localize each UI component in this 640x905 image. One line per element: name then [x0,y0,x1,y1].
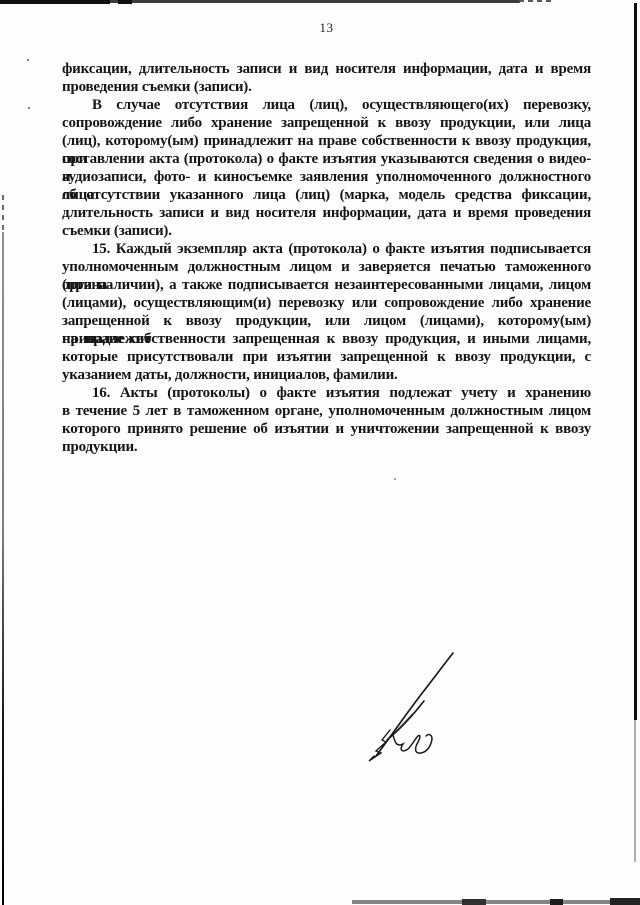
text-line: уполномоченным должностным лицом и завер… [62,258,591,276]
paragraph: фиксации, длительность записи и вид носи… [62,60,591,96]
paragraph: 16. Акты (протоколы) о факте изъятия под… [62,384,591,456]
scan-edge-right [634,3,637,720]
text-line: на праве собственности запрещенная к вво… [62,330,591,348]
scan-speck [27,59,29,61]
text-line: продукции. [62,438,591,456]
text-line: съемки (записи). [62,222,591,240]
scan-edge-left-dashes [2,195,4,232]
text-line: В случае отсутствия лица (лиц), осуществ… [62,96,591,114]
text-line: которые присутствовали при изъятии запре… [62,348,591,366]
scan-edge-right-lower [634,720,636,862]
text-line: (лиц), которому(ым) принадлежит на праве… [62,132,591,150]
scan-edge-bottom-dark-2 [550,899,563,905]
signature-svg [360,640,470,780]
text-line: об отсутствии указанного лица (лиц) (мар… [62,186,591,204]
scan-edge-top-dashes [519,0,551,2]
text-line: составлении акта (протокола) о факте изъ… [62,150,591,168]
scan-speck [28,107,30,109]
paragraph: 15. Каждый экземпляр акта (протокола) о … [62,240,591,384]
page-number: 13 [62,20,591,36]
text-line: длительность записи и вид носителя инфор… [62,204,591,222]
text-line: 16. Акты (протоколы) о факте изъятия под… [62,384,591,402]
scan-edge-top-blob [118,0,132,4]
scan-speck [394,478,396,480]
paragraph: В случае отсутствия лица (лиц), осуществ… [62,96,591,240]
text-line: (лицами), осуществляющим(и) перевозку ил… [62,294,591,312]
scan-edge-bottom-dark-3 [610,898,640,905]
text-line: сопровождение либо хранение запрещенной … [62,114,591,132]
scan-edge-top-thick [0,0,110,4]
text-line: указанием даты, должности, инициалов, фа… [62,366,591,384]
text-line: аудиозаписи, фото- и киносъемке заявлени… [62,168,591,186]
text-line: проведения съемки (записи). [62,78,591,96]
text-line: фиксации, длительность записи и вид носи… [62,60,591,78]
text-block: фиксации, длительность записи и вид носи… [62,60,591,456]
text-line: запрещенной к ввозу продукции, или лицом… [62,312,591,330]
text-line: в течение 5 лет в таможенном органе, упо… [62,402,591,420]
scan-edge-bottom-dark-1 [462,899,486,905]
scan-edge-left [2,232,4,905]
text-line: 15. Каждый экземпляр акта (протокола) о … [62,240,591,258]
text-line: (при наличии), а также подписывается нез… [62,276,591,294]
signature-stroke [360,640,470,780]
scan-edge-bottom [352,900,640,904]
text-line: которого принято решение об изъятии и ун… [62,420,591,438]
scanned-document-page: 13 фиксации, длительность записи и вид н… [0,0,640,905]
